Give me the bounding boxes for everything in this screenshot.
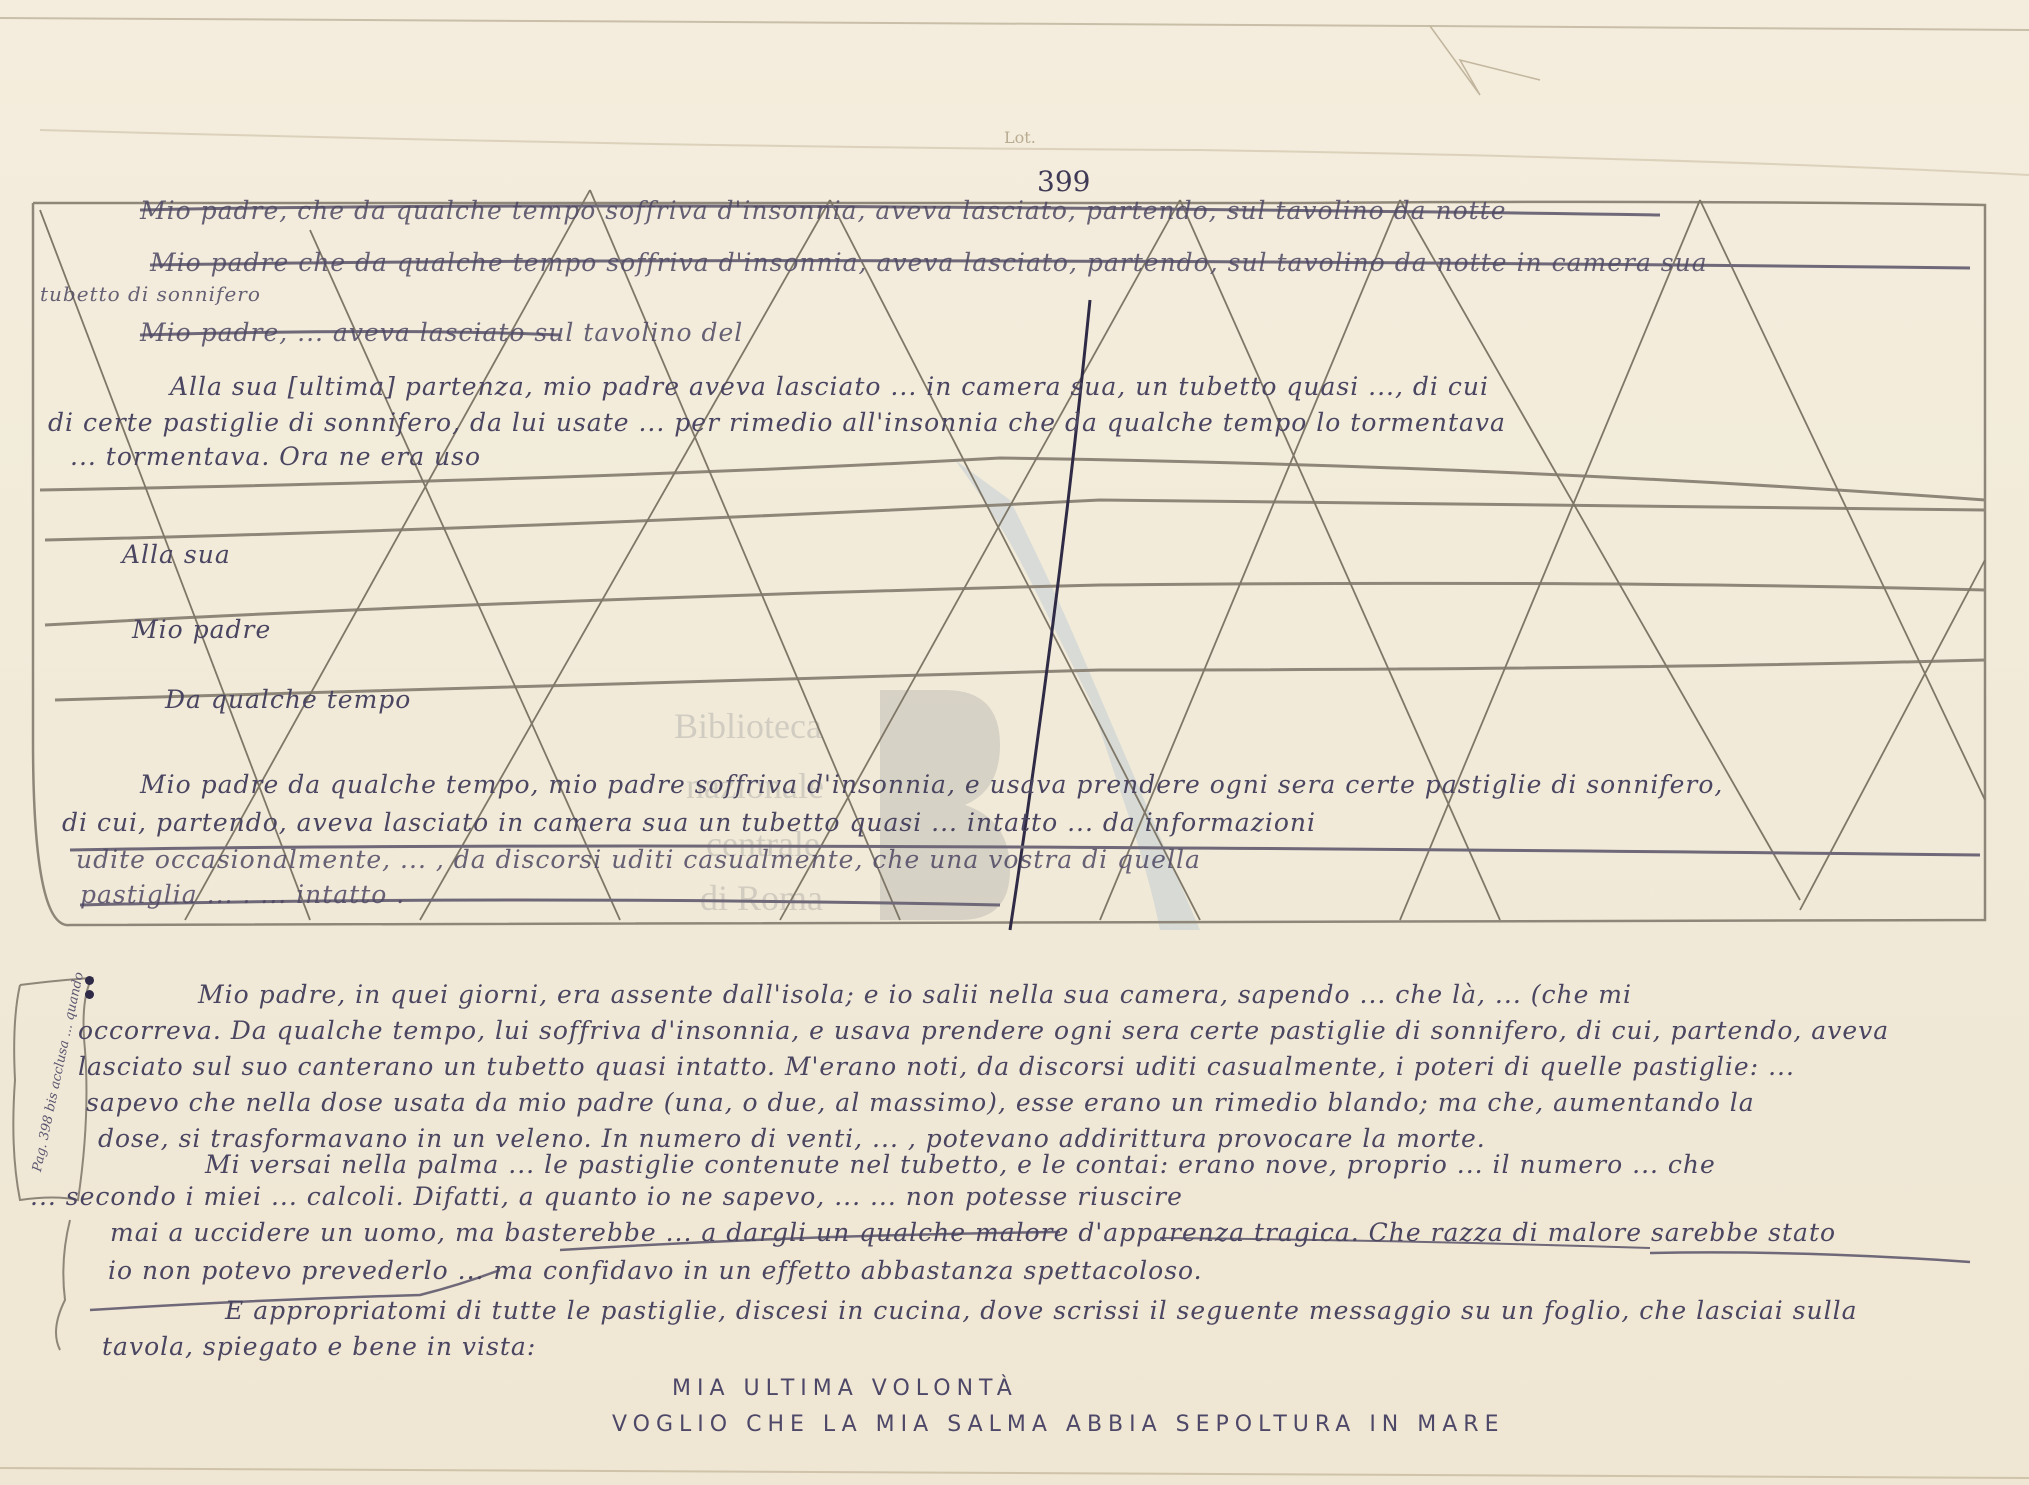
manuscript-page: Biblioteca nazionale centrale di Roma <box>0 0 2029 1485</box>
body-line: dose, si trasformavano in un veleno. In … <box>98 1124 1486 1153</box>
bullet-mark <box>85 976 94 985</box>
body-line: E appropriatomi di tutte le pastiglie, d… <box>225 1296 1858 1325</box>
draft-line: Alla sua <box>122 540 231 569</box>
body-line: lasciato sul suo canterano un tubetto qu… <box>78 1052 1795 1081</box>
draft-line: Mio padre che da qualche tempo soffriva … <box>150 248 1708 277</box>
page-number: 399 <box>1037 165 1090 198</box>
message-title: MIA ULTIMA VOLONTÀ <box>672 1376 1018 1401</box>
bullet-mark <box>85 990 94 999</box>
draft-line: Mio padre, ... aveva lasciato sul tavoli… <box>140 318 743 347</box>
body-line: ... secondo i miei ... calcoli. Difatti,… <box>30 1182 1183 1211</box>
body-line: io non potevo prevederlo ... ma confidav… <box>108 1256 1203 1285</box>
body-line: occorreva. Da qualche tempo, lui soffriv… <box>78 1016 1889 1045</box>
body-line: Mi versai nella palma ... le pastiglie c… <box>205 1150 1716 1179</box>
draft-line: Mio padre, che da qualche tempo soffriva… <box>140 196 1507 225</box>
body-line: sapevo che nella dose usata da mio padre… <box>86 1088 1755 1117</box>
draft-line: udite occasionalmente, ... , da discorsi… <box>76 845 1201 874</box>
draft-line: pastiglia ... . ... intatto . <box>80 880 405 909</box>
body-line: tavola, spiegato e bene in vista: <box>102 1332 536 1361</box>
draft-line: Mio padre <box>132 615 271 644</box>
draft-line: Alla sua [ultima] partenza, mio padre av… <box>170 372 1489 401</box>
faint-top-mark: Lot. <box>1004 128 1036 147</box>
draft-line: di certe pastiglie di sonnifero, da lui … <box>48 408 1506 437</box>
draft-line: Mio padre da qualche tempo, mio padre so… <box>140 770 1723 799</box>
draft-line: Da qualche tempo <box>165 685 411 714</box>
draft-line: tubetto di sonnifero <box>40 282 261 306</box>
draft-line: di cui, partendo, aveva lasciato in came… <box>62 808 1316 837</box>
message-text: VOGLIO CHE LA MIA SALMA ABBIA SEPOLTURA … <box>612 1412 1504 1437</box>
body-line: mai a uccidere un uomo, ma basterebbe ..… <box>110 1218 1836 1247</box>
draft-line: ... tormentava. Ora ne era uso <box>70 442 481 471</box>
body-line: Mio padre, in quei giorni, era assente d… <box>198 980 1632 1009</box>
